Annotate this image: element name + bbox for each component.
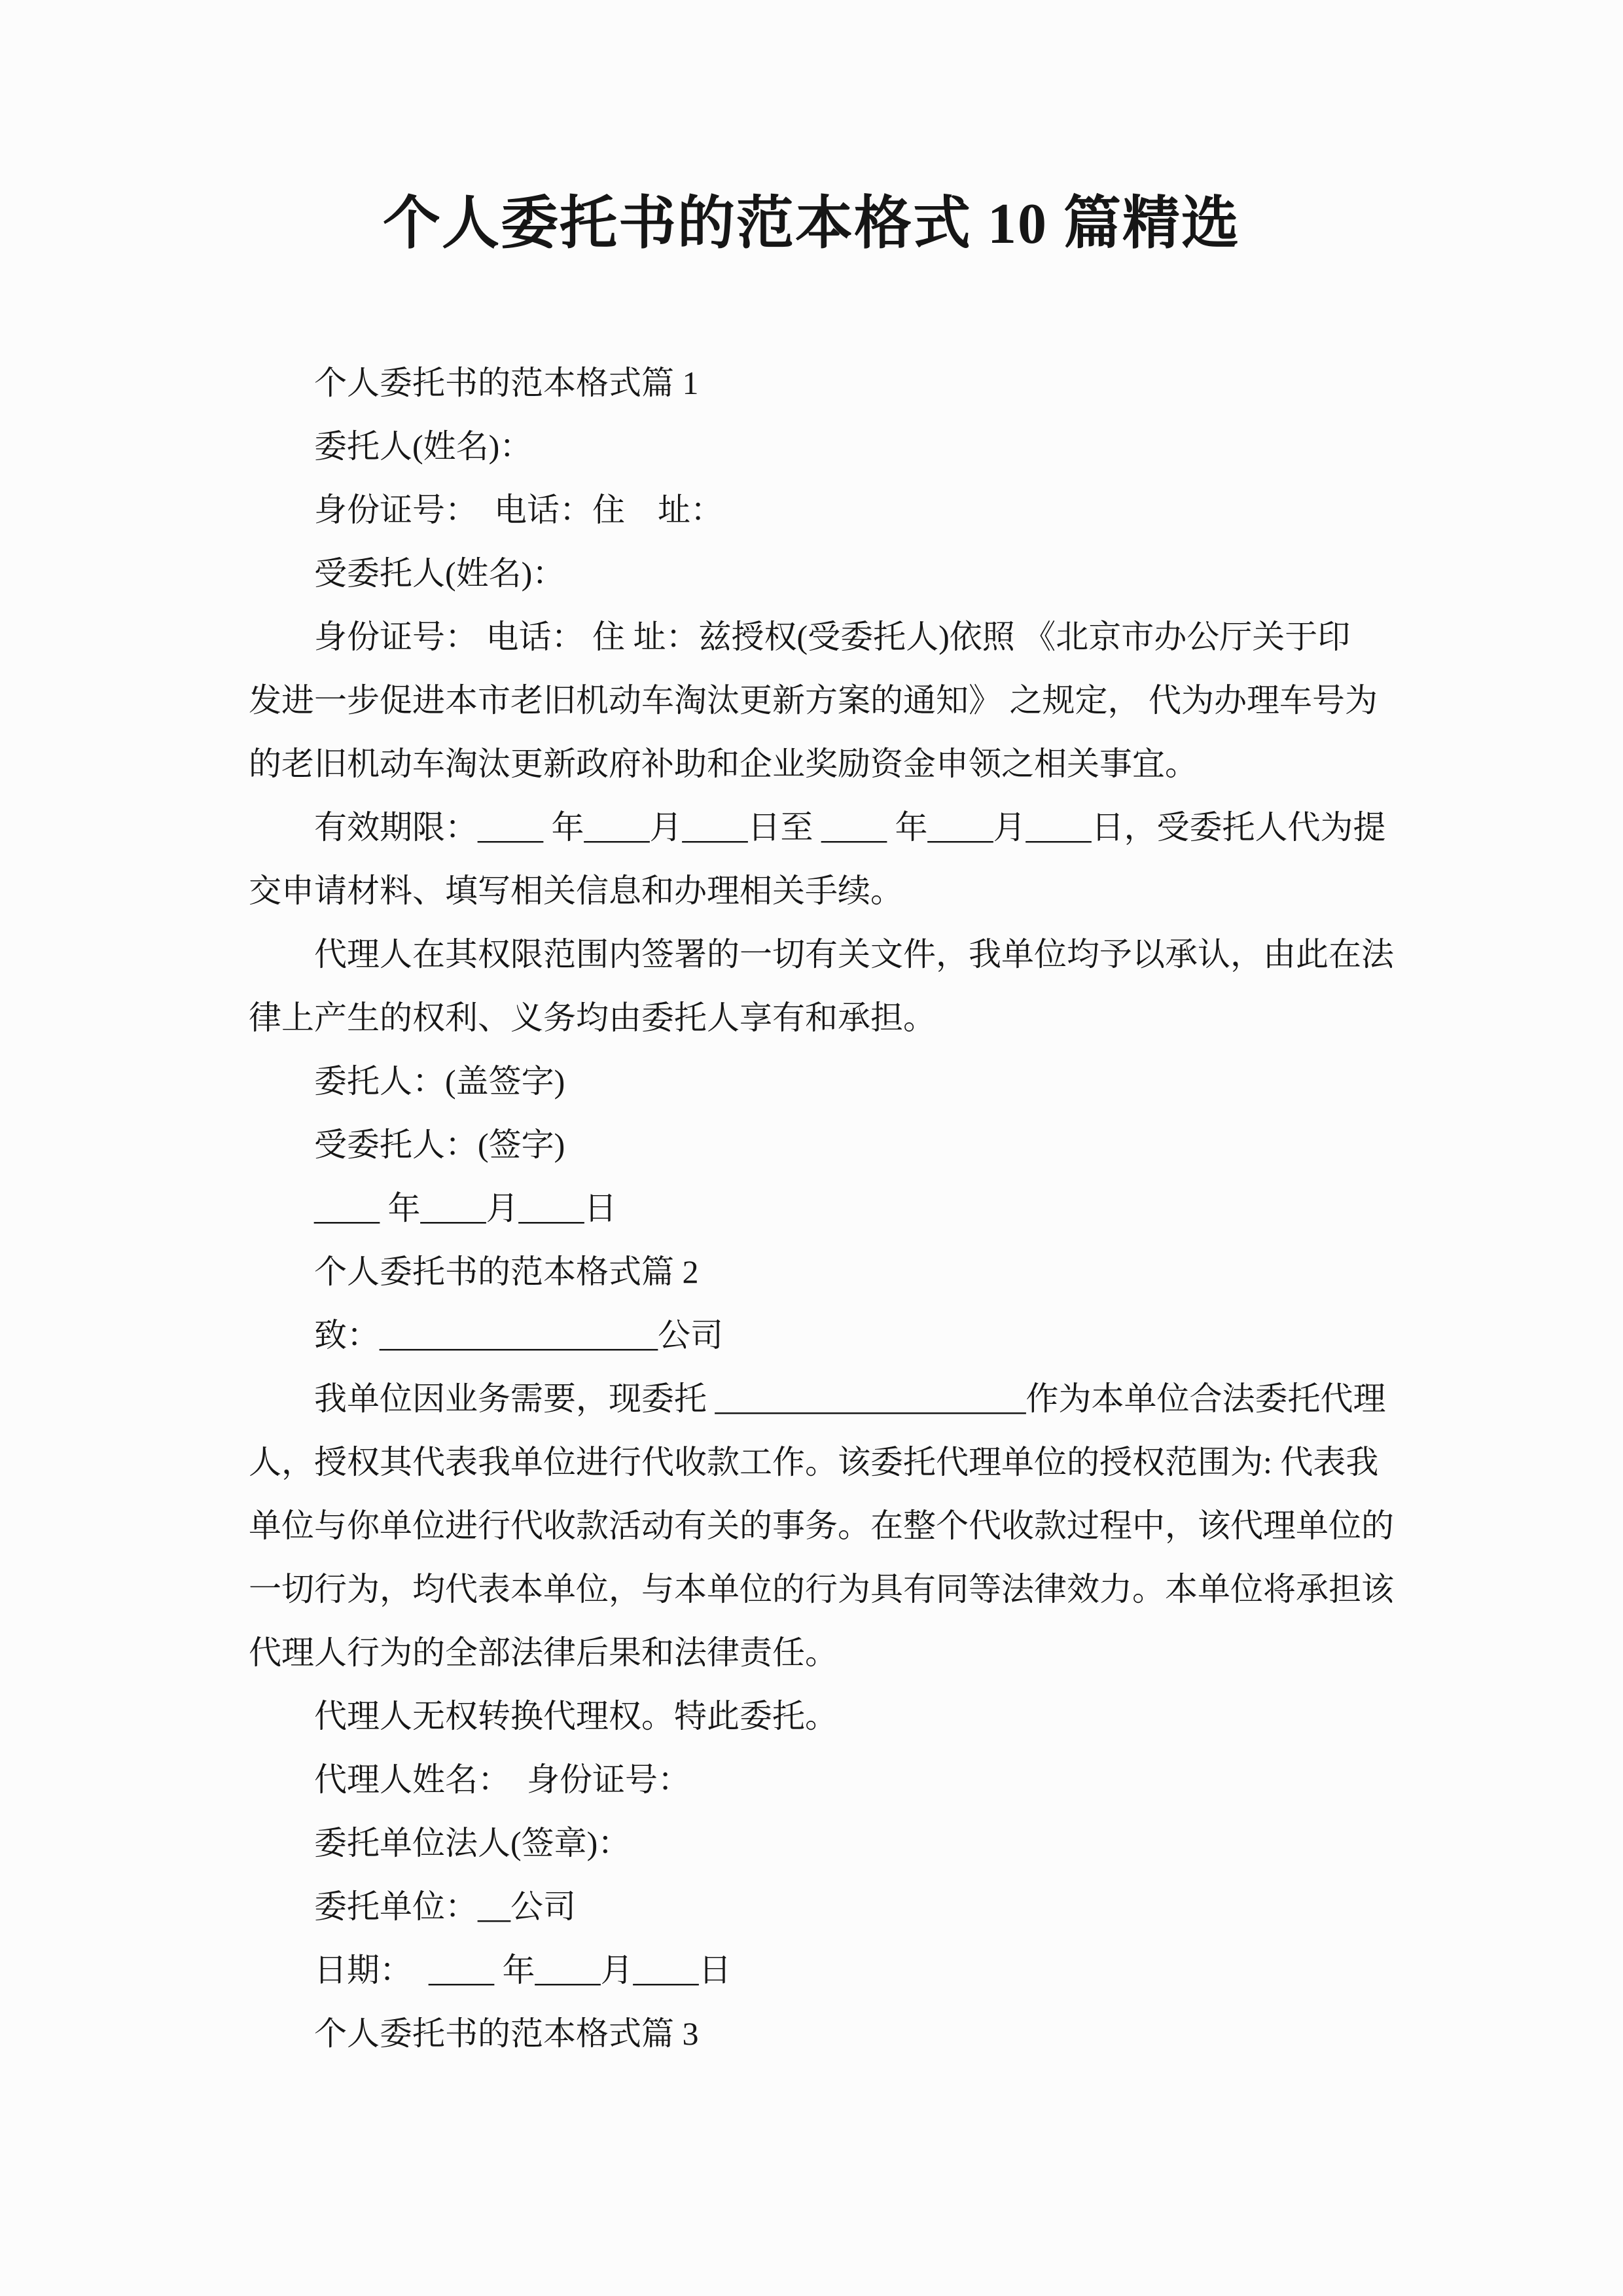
text-line: 委托单位法人(签章)：: [249, 1812, 1407, 1875]
text-line: 律上产生的权利、义务均由委托人享有和承担。: [249, 986, 1407, 1050]
text-line: 个人委托书的范本格式篇 1: [249, 351, 1407, 415]
text-line: 人，授权其代表我单位进行代收款工作。该委托代理单位的授权范围为: 代表我: [249, 1431, 1407, 1494]
text-line: 代理人在其权限范围内签署的一切有关文件，我单位均予以承认，由此在法: [249, 923, 1407, 986]
text-line: 委托单位：__公司: [249, 1875, 1407, 1939]
text-line: 的老旧机动车淘汰更新政府补助和企业奖励资金申领之相关事宜。: [249, 732, 1407, 796]
text-line: 委托人(姓名)：: [249, 415, 1407, 478]
text-line: 委托人：(盖签字): [249, 1050, 1407, 1113]
text-line: 致：_________________公司: [249, 1304, 1407, 1367]
text-line: 受委托人：(签字): [249, 1113, 1407, 1177]
document-title: 个人委托书的范本格式 10 篇精选: [0, 188, 1623, 260]
text-line: 日期： ____ 年____月____日: [249, 1939, 1407, 2002]
text-line: 代理人无权转换代理权。特此委托。: [249, 1685, 1407, 1748]
text-line: 发进一步促进本市老旧机动车淘汰更新方案的通知》 之规定， 代为办理车号为: [249, 669, 1407, 732]
text-line: 身份证号： 电话： 住 址：兹授权(受委托人)依照 《北京市办公厅关于印: [249, 605, 1407, 669]
text-line: 我单位因业务需要，现委托 ___________________作为本单位合法委…: [249, 1367, 1407, 1431]
text-line: ____ 年____月____日: [249, 1177, 1407, 1240]
text-line: 受委托人(姓名)：: [249, 542, 1407, 605]
text-line: 个人委托书的范本格式篇 2: [249, 1240, 1407, 1304]
text-line: 交申请材料、填写相关信息和办理相关手续。: [249, 859, 1407, 923]
text-line: 个人委托书的范本格式篇 3: [249, 2002, 1407, 2066]
document-body: 个人委托书的范本格式篇 1 委托人(姓名)： 身份证号： 电话：住 址： 受委托…: [249, 351, 1407, 2066]
text-line: 一切行为，均代表本单位，与本单位的行为具有同等法律效力。本单位将承担该: [249, 1558, 1407, 1621]
text-line: 代理人行为的全部法律后果和法律责任。: [249, 1621, 1407, 1685]
text-line: 代理人姓名： 身份证号：: [249, 1748, 1407, 1812]
text-line: 身份证号： 电话：住 址：: [249, 478, 1407, 542]
text-line: 单位与你单位进行代收款活动有关的事务。在整个代收款过程中，该代理单位的: [249, 1494, 1407, 1558]
text-line: 有效期限：____ 年____月____日至 ____ 年____月____日，…: [249, 796, 1407, 859]
document-page: 个人委托书的范本格式 10 篇精选 个人委托书的范本格式篇 1 委托人(姓名)：…: [0, 0, 1623, 2296]
